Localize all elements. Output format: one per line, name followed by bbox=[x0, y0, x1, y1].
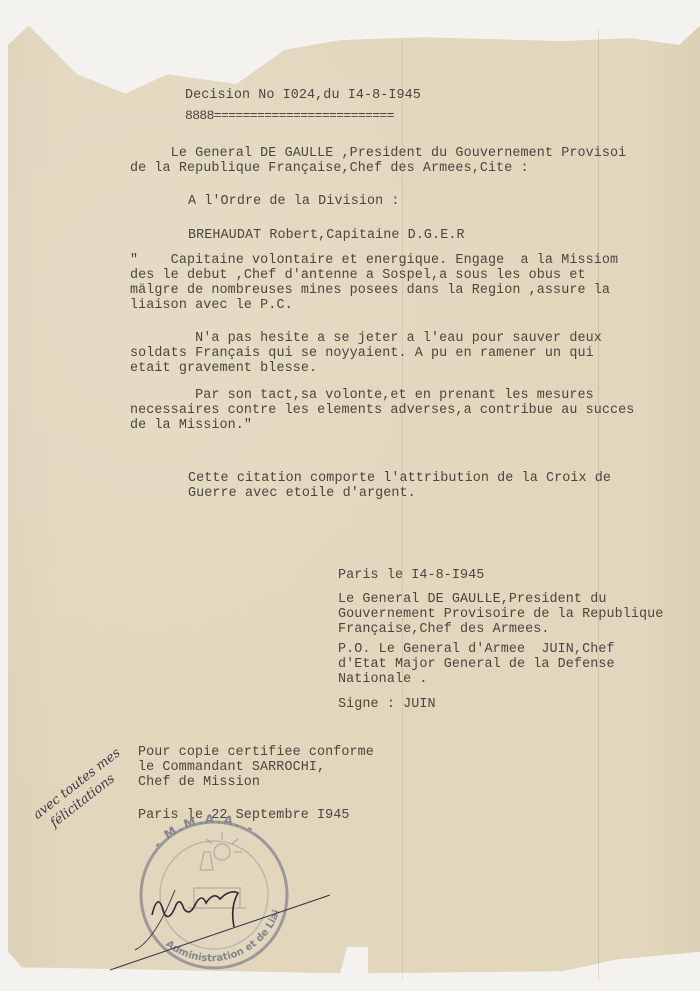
citation-paragraph-3: Par son tact,sa volonte,et en prenant le… bbox=[130, 388, 634, 433]
handwritten-signature bbox=[152, 892, 238, 927]
citation-paragraph-1: " Capitaine volontaire et energique. Eng… bbox=[130, 253, 618, 313]
decision-heading: Decision No I024,du I4-8-I945 bbox=[185, 88, 421, 103]
citation-paragraph-2: N'a pas hesite a se jeter a l'eau pour s… bbox=[130, 331, 602, 376]
signature-place-date: Paris le I4-8-I945 bbox=[338, 568, 484, 583]
award-statement: Cette citation comporte l'attribution de… bbox=[188, 471, 611, 501]
signature-po: P.O. Le General d'Armee JUIN,Chef d'Etat… bbox=[338, 642, 615, 687]
stamp-top-text: - M.M.A.A. - bbox=[150, 812, 257, 851]
recipient-name: BREHAUDAT Robert,Capitaine D.G.E.R bbox=[188, 228, 465, 243]
paper-fold bbox=[402, 40, 403, 980]
signed-line: Signe : JUIN bbox=[338, 697, 436, 712]
order-line: A l'Ordre de la Division : bbox=[188, 194, 400, 209]
intro-paragraph: Le General DE GAULLE ,President du Gouve… bbox=[130, 146, 626, 176]
signature-general: Le General DE GAULLE,President du Gouver… bbox=[338, 592, 663, 637]
official-stamp: - M.M.A.A. - Administration et de Liaiso… bbox=[90, 800, 330, 980]
certification-text: Pour copie certifiee conforme le Command… bbox=[138, 745, 374, 790]
heading-underline: 8888========================= bbox=[185, 108, 394, 123]
